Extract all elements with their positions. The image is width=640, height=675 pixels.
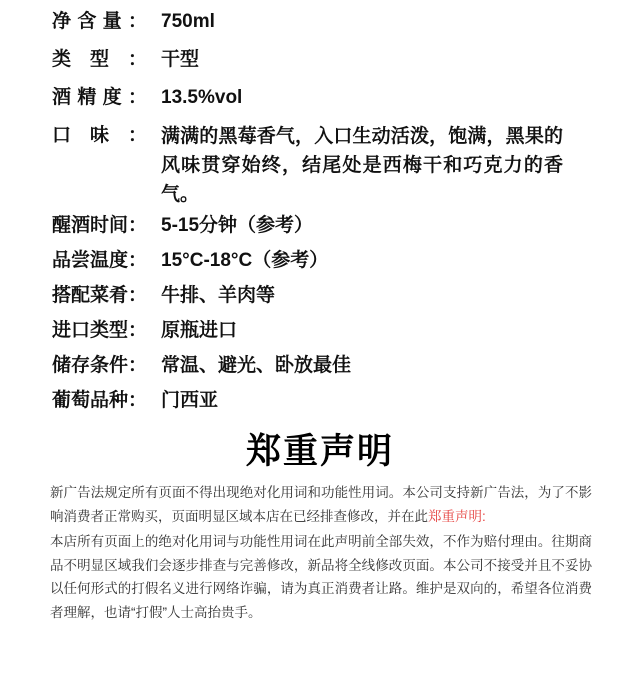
- spec-label: 口味：: [52, 122, 147, 150]
- spec-row-serving-temperature: 品尝温度： 15°C-18°C（参考）: [52, 247, 640, 275]
- statement-title: 郑重声明: [0, 431, 640, 473]
- spec-value: 常温、避光、卧放最佳: [161, 352, 351, 380]
- spec-label: 醒酒时间：: [52, 212, 147, 240]
- spec-label: 搭配菜肴：: [52, 282, 147, 310]
- spec-value: 满满的黑莓香气，入口生动活泼，饱满，黑果的风味贯穿始终，结尾处是西梅干和巧克力的…: [161, 122, 563, 209]
- disclaimer-paragraph-1: 新广告法规定所有页面不得出现绝对化用词和功能性用词。本公司支持新广告法，为了不影…: [50, 481, 592, 528]
- disclaimer-section: 新广告法规定所有页面不得出现绝对化用词和功能性用词。本公司支持新广告法，为了不影…: [50, 481, 592, 624]
- spec-row-food-pairing: 搭配菜肴： 牛排、羊肉等: [52, 282, 640, 310]
- spec-row-type: 类型： 干型: [52, 46, 640, 74]
- spec-value: 牛排、羊肉等: [161, 282, 275, 310]
- spec-row-taste: 口味： 满满的黑莓香气，入口生动活泼，饱满，黑果的风味贯穿始终，结尾处是西梅干和…: [52, 122, 640, 209]
- spec-value: 原瓶进口: [161, 317, 237, 345]
- spec-value: 干型: [161, 46, 199, 74]
- spec-label: 酒精度：: [52, 84, 147, 112]
- disclaimer-paragraph-2: 本店所有页面上的绝对化用词与功能性用词在此声明前全部失效，不作为赔付理由。往期商…: [50, 530, 592, 624]
- spec-value: 13.5%vol: [161, 84, 242, 112]
- spec-row-alcohol-content: 酒精度： 13.5%vol: [52, 84, 640, 112]
- spec-row-grape-variety: 葡萄品种： 门西亚: [52, 387, 640, 415]
- spec-row-net-content: 净含量： 750ml: [52, 8, 640, 36]
- spec-value: 750ml: [161, 8, 215, 36]
- spec-label: 品尝温度：: [52, 247, 147, 275]
- disclaimer-p1-highlight: 郑重声明:: [428, 509, 486, 524]
- spec-label: 进口类型：: [52, 317, 147, 345]
- spec-value: 5-15分钟（参考）: [161, 212, 313, 240]
- product-specs-list: 净含量： 750ml 类型： 干型 酒精度： 13.5%vol 口味： 满满的黑…: [0, 0, 640, 415]
- spec-label: 净含量：: [52, 8, 147, 36]
- spec-row-import-type: 进口类型： 原瓶进口: [52, 317, 640, 345]
- disclaimer-p1-text: 新广告法规定所有页面不得出现绝对化用词和功能性用词。本公司支持新广告法，为了不影…: [50, 485, 592, 524]
- spec-value: 门西亚: [161, 387, 218, 415]
- spec-label: 类型：: [52, 46, 147, 74]
- spec-label: 葡萄品种：: [52, 387, 147, 415]
- spec-row-storage-conditions: 储存条件： 常温、避光、卧放最佳: [52, 352, 640, 380]
- spec-value: 15°C-18°C（参考）: [161, 247, 328, 275]
- product-detail-page: 净含量： 750ml 类型： 干型 酒精度： 13.5%vol 口味： 满满的黑…: [0, 0, 640, 675]
- spec-row-decanting-time: 醒酒时间： 5-15分钟（参考）: [52, 212, 640, 240]
- spec-label: 储存条件：: [52, 352, 147, 380]
